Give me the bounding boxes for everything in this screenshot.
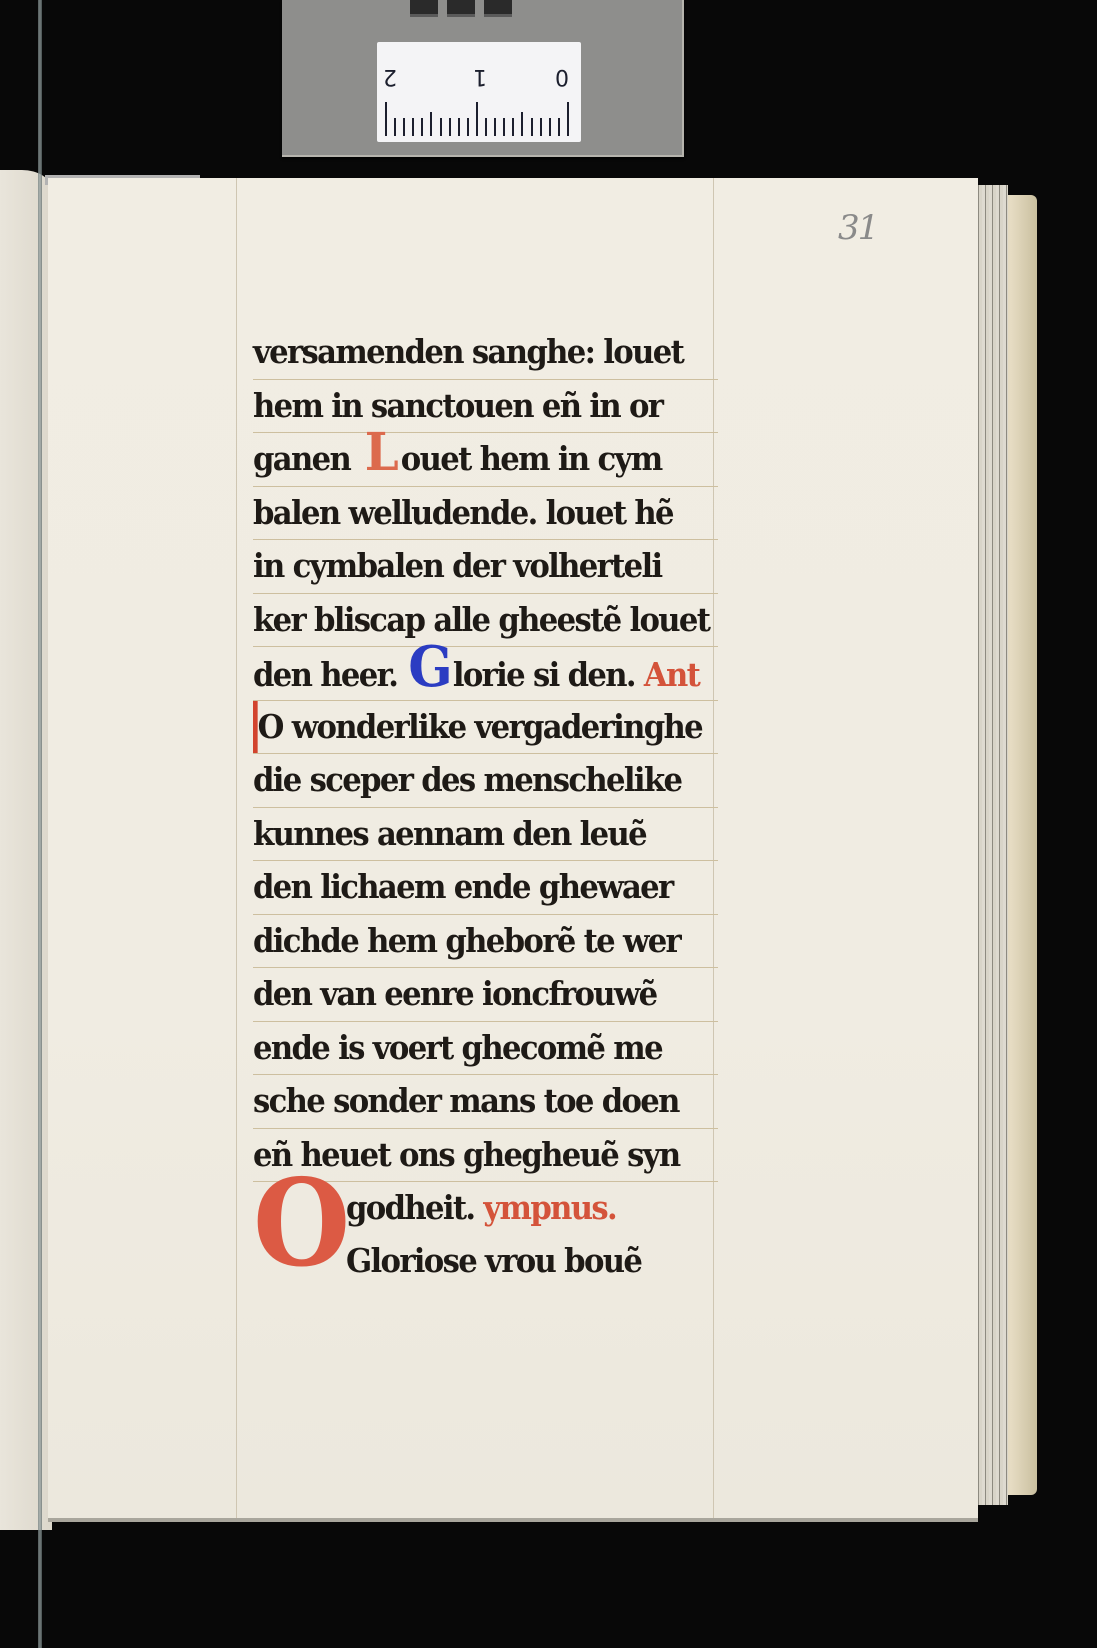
line-text: den heer. (253, 655, 406, 694)
ruling-line-left (236, 178, 237, 1518)
rubric-ympnus: ympnus. (483, 1188, 616, 1227)
ruler-tick (421, 118, 423, 136)
ruler-tick (503, 118, 505, 136)
text-line: Ogodheit. ympnus. (253, 1182, 718, 1235)
text-line: kunnes aennam den leuẽ (253, 808, 718, 862)
ruler-tick (512, 118, 514, 136)
ruler-tick (521, 112, 523, 136)
ruler-tick (540, 118, 542, 136)
line-text: wonderlike vergaderinghe (283, 707, 702, 746)
ruler-tick (531, 118, 533, 136)
text-line: den van eenre ioncfrouwẽ (253, 968, 718, 1022)
ruler-label-2: 2 (383, 64, 397, 89)
ruler-tick (467, 118, 469, 136)
glass-plate-edge (38, 0, 42, 1648)
ruler-tick (385, 102, 387, 136)
text-line: O wonderlike vergaderinghe (253, 701, 718, 755)
ruler-tick (558, 118, 560, 136)
ruler-tick (403, 118, 405, 136)
text-line: versamenden sanghe: louet (253, 326, 718, 380)
text-line: sche sonder mans toe doen (253, 1075, 718, 1129)
text-line: Gloriose vrou bouẽ (253, 1235, 718, 1288)
scale-ruler: 0 1 2 (377, 42, 581, 142)
text-line: die sceper des menschelike (253, 754, 718, 808)
text-line: den heer. Glorie si den. Ant (253, 647, 718, 701)
ruler-tick (549, 118, 551, 136)
ruler-ticks (385, 102, 569, 136)
text-line: hem in sanctouen eñ in or (253, 380, 718, 434)
clip (484, 0, 512, 17)
ruler-label-0: 0 (555, 64, 569, 89)
ruler-tick (458, 118, 460, 136)
scale-card: 0 1 2 (282, 0, 684, 157)
ruler-tick (440, 118, 442, 136)
ruler-tick (430, 112, 432, 136)
line-text: godheit. (346, 1188, 483, 1227)
ruler-tick (412, 118, 414, 136)
line-text: lorie si den. (453, 655, 644, 694)
initial-O: O (253, 701, 283, 753)
ruler-tick (485, 118, 487, 136)
line-text: ouet hem in cym (401, 439, 662, 478)
text-block: versamenden sanghe: louet hem in sanctou… (253, 326, 753, 1287)
text-line: den lichaem ende ghewaer (253, 861, 718, 915)
rubric-ant: Ant (644, 655, 699, 694)
clip (410, 0, 438, 17)
ruler-tick (494, 118, 496, 136)
text-line: ker bliscap alle gheestẽ louet (253, 594, 718, 648)
ruler-tick (394, 118, 396, 136)
manuscript-page: 31 versamenden sanghe: louet hem in sanc… (48, 178, 978, 1518)
ruler-tick (567, 102, 569, 136)
line-text: ganen (253, 439, 359, 478)
ruler-tick (449, 118, 451, 136)
text-line: in cymbalen der volherteli (253, 540, 718, 594)
ruler-label-1: 1 (473, 64, 487, 89)
initial-G: G (408, 647, 451, 687)
initial-L: L (365, 433, 397, 473)
text-line: ganen Louet hem in cym (253, 433, 718, 487)
clip (447, 0, 475, 17)
text-line: dichde hem gheborẽ te wer (253, 915, 718, 969)
text-line: balen welludende. louet hẽ (253, 487, 718, 541)
folio-number: 31 (838, 208, 877, 248)
text-line: ende is voert ghecomẽ me (253, 1022, 718, 1076)
facing-page-edge (0, 170, 52, 1530)
ruler-tick (476, 102, 478, 136)
